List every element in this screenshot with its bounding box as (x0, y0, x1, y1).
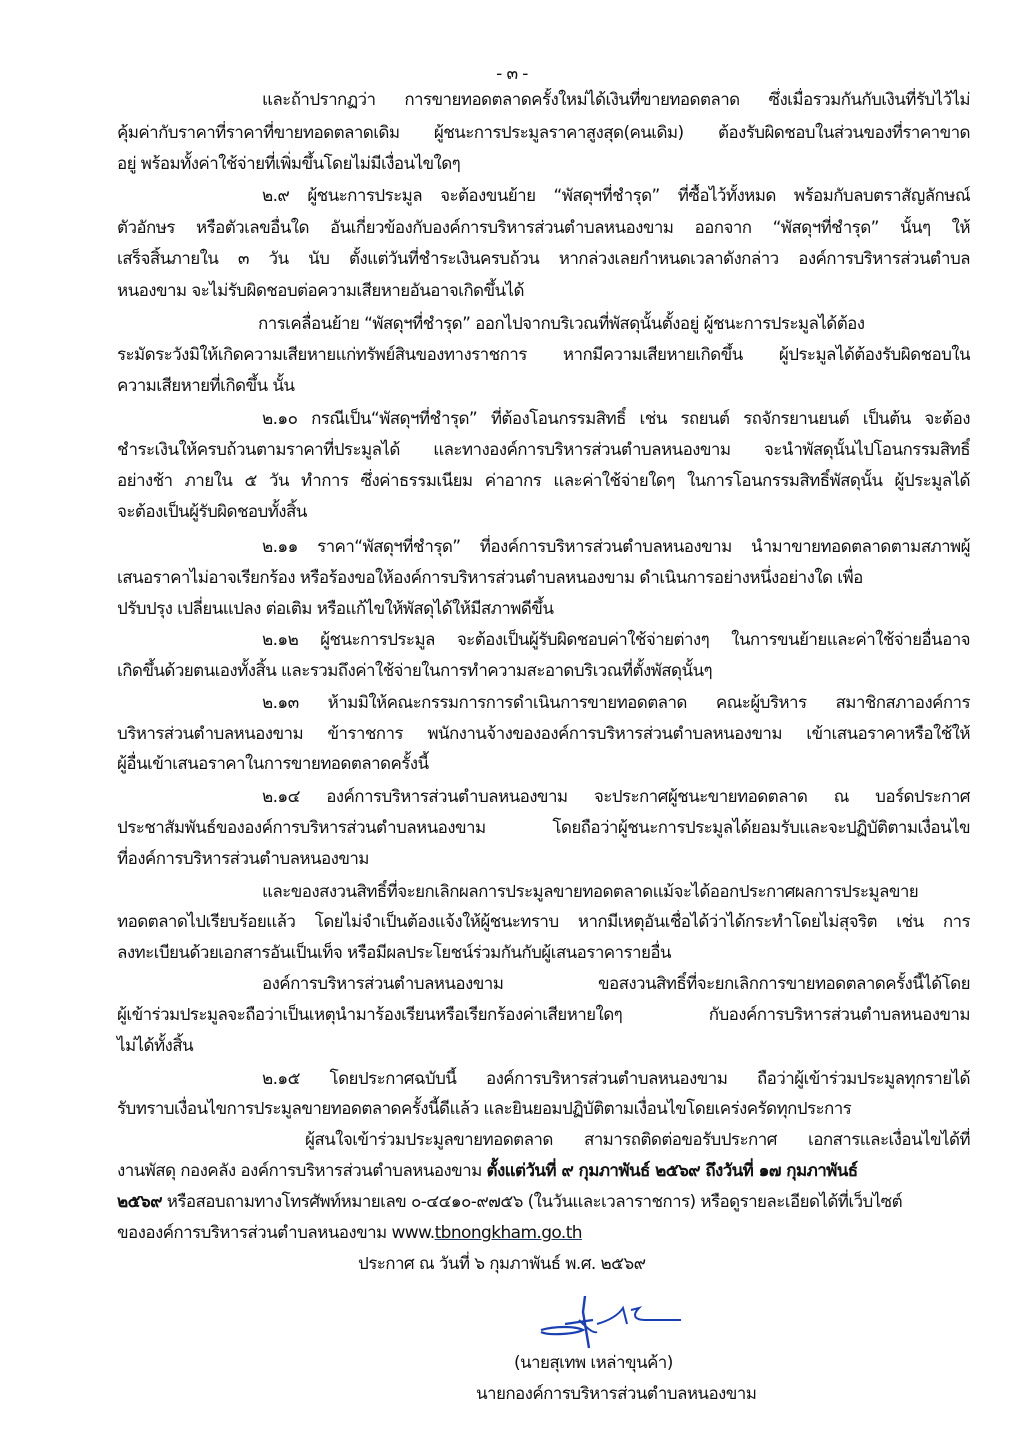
announcement-date: ประกาศ ณ วันที่ ๖ กุมภาพันธ์ พ.ศ. ๒๕๖๙ (358, 1252, 645, 1276)
signatory-name: (นายสุเทพ เหล่าขุนค้า) (514, 1351, 673, 1375)
contact-phone: หรือสอบถามทางโทรศัพท์หมายเลข ๐-๔๔๑๐-๙๗๕๖… (162, 1192, 902, 1212)
clause-2-12-line: เกิดขึ้นด้วยตนเองทั้งสิ้น และรวมถึงค่าใช… (117, 659, 712, 683)
contact-line: ผู้สนใจเข้าร่วมประมูลขายทอดตลาด สามารถติ… (305, 1128, 970, 1152)
paragraph-line: และของสงวนสิทธิ์ที่จะยกเลิกผลการประมูลขา… (262, 880, 970, 904)
paragraph-line: และถ้าปรากฏว่า การขายทอดตลาดครั้งใหม่ได้… (262, 88, 970, 112)
paragraph-line: ความเสียหายที่เกิดขึ้น นั้น (117, 374, 294, 398)
contact-line: งานพัสดุ กองคลัง องค์การบริหารส่วนตำบลหน… (117, 1159, 858, 1183)
clause-2-10-line: ชำระเงินให้ครบถ้วนตามราคาที่ประมูลได้ แล… (117, 438, 970, 462)
clause-2-12-line: ๒.๑๒ ผู้ชนะการประมูล จะต้องเป็นผู้รับผิด… (262, 628, 970, 652)
paragraph-line: การเคลื่อนย้าย “พัสดุฯที่ชำรุด” ออกไปจาก… (258, 312, 966, 336)
paragraph-line: องค์การบริหารส่วนตำบลหนองขาม ขอสงวนสิทธิ… (262, 972, 970, 996)
clause-2-9-line: หนองขาม จะไม่รับผิดชอบต่อความเสียหายอันอ… (117, 279, 524, 303)
clause-2-10-line: อย่างช้า ภายใน ๕ วัน ทำการ ซึ่งค่าธรรมเน… (117, 469, 970, 493)
paragraph-line: ทอดตลาดไปเรียบร้อยแล้ว โดยไม่จำเป็นต้องแ… (117, 910, 970, 934)
clause-2-9-line: ตัวอักษร หรือตัวเลขอื่นใด อันเกี่ยวข้องก… (117, 216, 970, 240)
signatory-position: นายกองค์การบริหารส่วนตำบลหนองขาม (476, 1382, 756, 1406)
contact-office: งานพัสดุ กองคลัง องค์การบริหารส่วนตำบลหน… (117, 1161, 487, 1181)
contact-line: ขององค์การบริหารส่วนตำบลหนองขาม www.tbno… (117, 1221, 582, 1245)
paragraph-line: ไม่ได้ทั้งสิ้น (117, 1034, 193, 1058)
page-number: - ๓ - (0, 62, 1024, 86)
clause-2-13-line: ๒.๑๓ ห้ามมิให้คณะกรรมการการดำเนินการขายท… (262, 691, 970, 715)
clause-2-15-line: ๒.๑๕ โดยประกาศฉบับนี้ องค์การบริหารส่วนต… (262, 1067, 970, 1091)
clause-2-11-line: ปรับปรุง เปลี่ยนแปลง ต่อเติม หรือแก้ไขให… (117, 597, 553, 621)
clause-2-11-line: ๒.๑๑ ราคา“พัสดุฯที่ชำรุด” ที่องค์การบริห… (262, 535, 970, 559)
paragraph-line: คุ้มค่ากับราคาที่ราคาที่ขายทอดตลาดเดิม ผ… (117, 121, 970, 145)
paragraph-line: อยู่ พร้อมทั้งค่าใช้จ่ายที่เพิ่มขึ้นโดยไ… (117, 152, 460, 176)
document-page: - ๓ - และถ้าปรากฏว่า การขายทอดตลาดครั้งใ… (0, 0, 1024, 1452)
clause-2-14-line: ๒.๑๔ องค์การบริหารส่วนตำบลหนองขาม จะประก… (262, 785, 970, 809)
clause-2-14-line: ที่องค์การบริหารส่วนตำบลหนองขาม (117, 847, 369, 871)
clause-2-15-line: รับทราบเงื่อนไขการประมูลขายทอดตลาดครั้งน… (117, 1097, 851, 1121)
clause-2-9-line: ๒.๙ ผู้ชนะการประมูล จะต้องขนย้าย “พัสดุฯ… (262, 184, 970, 208)
website-link[interactable]: tbnongkham.go.th (435, 1223, 582, 1243)
paragraph-line: ระมัดระวังมิให้เกิดความเสียหายแก่ทรัพย์ส… (117, 343, 970, 367)
contact-period-year: ๒๕๖๙ (117, 1192, 162, 1212)
clause-2-11-line: เสนอราคาไม่อาจเรียกร้อง หรือร้องขอให้องค… (117, 566, 863, 590)
contact-period: ตั้งแต่วันที่ ๙ กุมภาพันธ์ ๒๕๖๙ ถึงวันที… (487, 1161, 858, 1181)
clause-2-9-line: เสร็จสิ้นภายใน ๓ วัน นับ ตั้งแต่วันที่ชำ… (117, 247, 970, 271)
clause-2-14-line: ประชาสัมพันธ์ขององค์การบริหารส่วนตำบลหนอ… (117, 816, 970, 840)
website-prefix: ขององค์การบริหารส่วนตำบลหนองขาม www. (117, 1223, 435, 1243)
clause-2-13-line: ผู้อื่นเข้าเสนอราคาในการขายทอดตลาดครั้งน… (117, 752, 429, 776)
clause-2-10-line: ๒.๑๐ กรณีเป็น“พัสดุฯที่ชำรุด” ที่ต้องโอน… (262, 407, 970, 431)
contact-line: ๒๕๖๙ หรือสอบถามทางโทรศัพท์หมายเลข ๐-๔๔๑๐… (117, 1190, 902, 1214)
paragraph-line: ผู้เข้าร่วมประมูลจะถือว่าเป็นเหตุนำมาร้อ… (117, 1003, 970, 1027)
clause-2-13-line: บริหารส่วนตำบลหนองขาม ข้าราชการ พนักงานจ… (117, 722, 970, 746)
clause-2-10-line: จะต้องเป็นผู้รับผิดชอบทั้งสิ้น (117, 500, 307, 524)
signature-icon (535, 1290, 695, 1350)
paragraph-line: ลงทะเบียนด้วยเอกสารอันเป็นเท็จ หรือมีผลป… (117, 941, 671, 965)
